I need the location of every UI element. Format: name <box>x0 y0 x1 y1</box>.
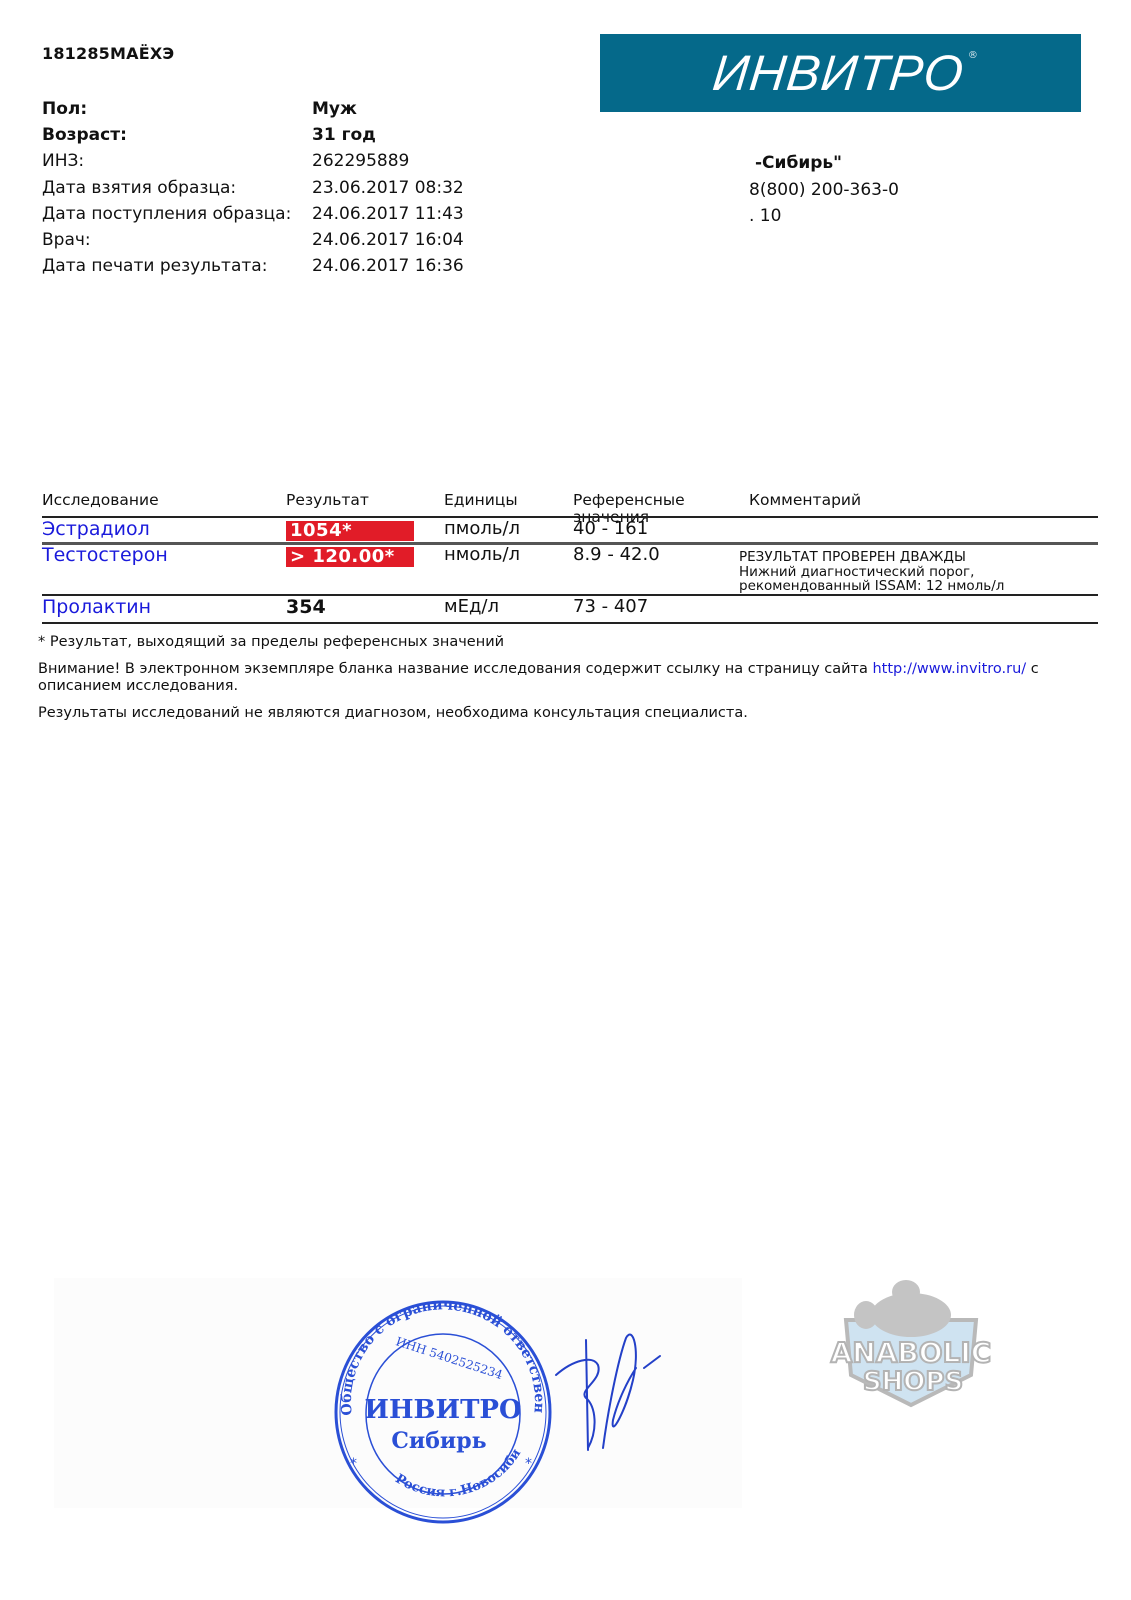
patient-field-label: ИНЗ: <box>42 148 312 174</box>
patient-field: Пол:Муж <box>42 96 464 122</box>
logo-text: ИНВИТРО <box>710 44 967 102</box>
patient-field: Дата поступления образца:24.06.2017 11:4… <box>42 201 464 227</box>
reference-range: 73 - 407 <box>573 596 648 617</box>
registered-mark-icon: ® <box>968 50 978 61</box>
patient-field-value: 31 год <box>312 122 376 148</box>
table-row: Пролактин354мЕд/л73 - 407 <box>42 596 1098 624</box>
svg-text:*: * <box>350 1456 357 1472</box>
company-stamp-icon: Общество с ограниченной ответственностью… <box>322 1290 562 1530</box>
test-name-link[interactable]: Тестостерон <box>42 544 168 566</box>
patient-field-value: 23.06.2017 08:32 <box>312 175 464 201</box>
attention-note: Внимание! В электронном экземпляре бланк… <box>38 661 1098 695</box>
invitro-link[interactable]: http://www.invitro.ru/ <box>872 661 1026 677</box>
disclaimer: Результаты исследований не являются диаг… <box>38 705 1098 722</box>
svg-text:*: * <box>525 1456 532 1472</box>
patient-field-value: 24.06.2017 11:43 <box>312 201 464 227</box>
result-flagged: 1054* <box>286 521 414 541</box>
patient-field-label: Пол: <box>42 96 312 122</box>
stamp-center-1: ИНВИТРО <box>364 1395 521 1425</box>
attention-text: Внимание! В электронном экземпляре бланк… <box>38 661 872 677</box>
patient-field-value: 24.06.2017 16:36 <box>312 253 464 279</box>
test-name-link[interactable]: Эстрадиол <box>42 518 150 540</box>
patient-field-label: Дата взятия образца: <box>42 175 312 201</box>
patient-field-value: 262295889 <box>312 148 409 174</box>
result-flagged: > 120.00* <box>286 547 414 567</box>
comment: РЕЗУЛЬТАТ ПРОВЕРЕН ДВАЖДЫНижний диагност… <box>739 550 1004 594</box>
table-row: Тестостерон> 120.00*нмоль/л8.9 - 42.0РЕЗ… <box>42 544 1098 596</box>
reference-range: 40 - 161 <box>573 518 648 539</box>
patient-field-label: Дата поступления образца: <box>42 201 312 227</box>
stamp-center-2: Сибирь <box>391 1428 486 1454</box>
patient-field: Врач:24.06.2017 16:04 <box>42 227 464 253</box>
anabolic-shops-watermark-icon: ANABOLIC SHOPS <box>826 1280 996 1410</box>
footnote: * Результат, выходящий за пределы рефере… <box>38 634 1098 651</box>
patient-field-value: Муж <box>312 96 357 122</box>
comment-line: рекомендованный ISSAM: 12 нмоль/л <box>739 579 1004 594</box>
signature-icon <box>548 1320 668 1460</box>
patient-field-label: Возраст: <box>42 122 312 148</box>
patient-field: ИНЗ:262295889 <box>42 148 464 174</box>
patient-field-label: Врач: <box>42 227 312 253</box>
comment-line: РЕЗУЛЬТАТ ПРОВЕРЕН ДВАЖДЫ <box>739 550 1004 565</box>
patient-field: Дата печати результата:24.06.2017 16:36 <box>42 253 464 279</box>
patient-field: Возраст:31 год <box>42 122 464 148</box>
lab-phone: 8(800) 200-363-0 <box>749 177 899 204</box>
table-row: Эстрадиол1054*пмоль/л40 - 161 <box>42 518 1098 544</box>
lab-name: -Сибирь" <box>755 150 899 177</box>
test-name-link[interactable]: Пролактин <box>42 596 151 618</box>
watermark-line1: ANABOLIC <box>831 1336 992 1369</box>
col-header-units: Единицы <box>444 492 518 509</box>
lab-address: . 10 <box>749 203 899 230</box>
stamp-inn: ИНН 5402525234 <box>394 1334 505 1382</box>
watermark-line2: SHOPS <box>863 1367 963 1397</box>
results-table: Исследование Результат Единицы Референсн… <box>42 488 1098 528</box>
lab-info: -Сибирь" 8(800) 200-363-0 . 10 <box>749 150 899 230</box>
col-header-result: Результат <box>286 492 369 509</box>
units: мЕд/л <box>444 596 499 617</box>
patient-field-value: 24.06.2017 16:04 <box>312 227 464 253</box>
table-divider <box>42 622 1098 624</box>
result-value: 354 <box>286 596 326 618</box>
comment-line: Нижний диагностический порог, <box>739 565 1004 580</box>
units: пмоль/л <box>444 518 520 539</box>
reference-range: 8.9 - 42.0 <box>573 544 660 565</box>
invitro-logo: ИНВИТРО ® <box>600 34 1081 112</box>
col-header-comment: Комментарий <box>749 492 861 509</box>
units: нмоль/л <box>444 544 520 565</box>
patient-info: Пол:МужВозраст:31 годИНЗ:262295889Дата в… <box>42 96 464 279</box>
col-header-test: Исследование <box>42 492 159 509</box>
patient-field-label: Дата печати результата: <box>42 253 312 279</box>
notes: * Результат, выходящий за пределы рефере… <box>38 634 1098 732</box>
order-id: 181285МАЁХЭ <box>42 44 174 63</box>
patient-field: Дата взятия образца:23.06.2017 08:32 <box>42 175 464 201</box>
